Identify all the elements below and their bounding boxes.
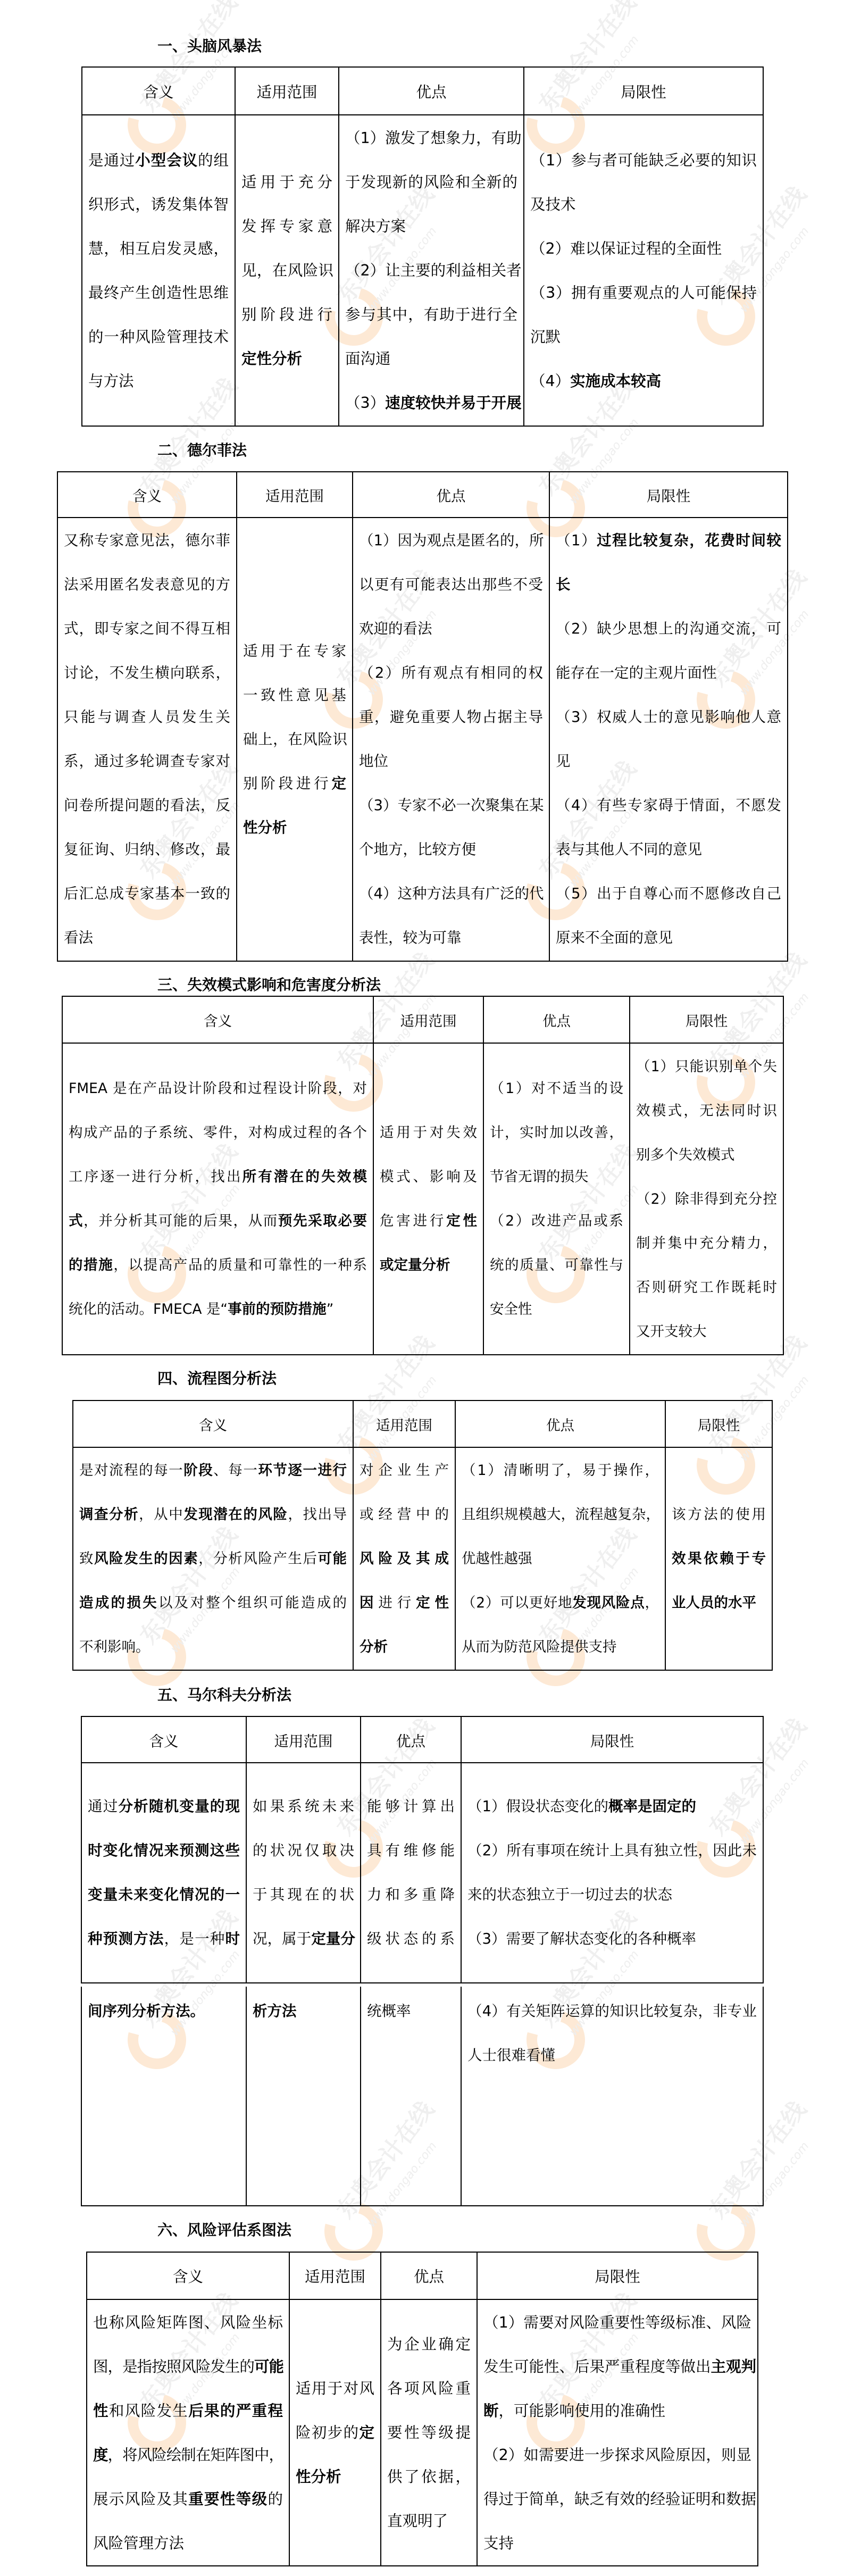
bold-text-segment: 因 — [360, 1595, 378, 1611]
text-segment: 致 — [79, 1550, 94, 1567]
text-line: 法采用匿名发表意见的方 — [64, 563, 230, 607]
text-line: （2）所有事项在统计上具有独立性，因此未 — [467, 1829, 757, 1873]
cell-scope: 对企业生产 或经营中的 风险及其成 因进行定性 分析 — [353, 1447, 455, 1670]
text-line: 度，将风险绘制在矩阵图中， — [93, 2433, 283, 2477]
text-segment: ，找出导 — [288, 1506, 347, 1523]
text-segment: 况，属于 — [253, 1930, 311, 1947]
bold-text-line: 业人员的水平 — [672, 1581, 766, 1625]
bold-text-segment: 可能 — [318, 1550, 347, 1567]
text-line: （2）除非得到充分控 — [636, 1177, 777, 1221]
table-row: FMEA 是在产品设计阶段和过程设计阶段，对 构成产品的子系统、零件，对构成过程… — [62, 1043, 783, 1355]
text-line: 及技术 — [530, 182, 757, 227]
bold-text-segment: 造成的损失 — [79, 1595, 158, 1611]
text-line: 适用于对失效 — [380, 1111, 477, 1155]
section-title: 六、风险评估系图法 — [157, 2220, 291, 2241]
text-segment: ，以提高产品的质量和可靠性的一种系 — [113, 1257, 367, 1273]
text-line: 讨论，不发生横向联系， — [64, 651, 230, 695]
header-advantages: 优点 — [455, 1400, 665, 1447]
header-scope: 适用范围 — [235, 67, 339, 115]
text-line: 模式、影响及 — [380, 1155, 477, 1199]
text-line: 于发现新的风险和全新的 — [345, 160, 517, 204]
header-advantages: 优点 — [361, 1716, 461, 1763]
bold-text-segment: 重要性等级 — [188, 2490, 268, 2508]
bold-text-segment: 定性 — [416, 1595, 449, 1611]
table-row: 是对流程的每一阶段、每一环节逐一进行 调查分析，从中发现潜在的风险，找出导 致风… — [73, 1447, 772, 1670]
header-limitations: 局限性 — [549, 472, 788, 518]
cell-advantages: 能够计算出 具有维修能 力和多重降 级状态的系 — [361, 1763, 461, 1983]
bold-text-segment: 事前的预防措施 — [228, 1301, 327, 1318]
text-line: 发生可能性、后果严重程度等做出主观判 — [483, 2345, 756, 2389]
bold-text-line: 性分析 — [243, 806, 346, 850]
text-line: 人士很难看懂 — [467, 2033, 757, 2078]
text-line: 后汇总成专家基本一致的 — [64, 872, 230, 916]
text-line: 级状态的系 — [367, 1917, 455, 1961]
text-line: 效模式，无法同时识 — [636, 1089, 777, 1133]
bold-text-segment: 后果的严重程 — [188, 2402, 283, 2420]
text-line: 见，在风险识 — [241, 248, 332, 293]
text-line: （3）权威人士的意见影响他人意 — [556, 695, 781, 739]
text-line: 因进行定性 — [360, 1581, 449, 1625]
text-line: 供了依据， — [387, 2455, 471, 2499]
text-line: 从而为防范风险提供支持 — [462, 1625, 659, 1669]
bold-text-segment: 调查分析 — [79, 1506, 139, 1523]
header-row: 含义 适用范围 优点 局限性 — [82, 67, 763, 115]
text-line: （2）让主要的利益相关者 — [345, 248, 522, 293]
text-line: 计，实时加以改善， — [490, 1111, 623, 1155]
header-limitations: 局限性 — [461, 1716, 763, 1763]
text-segment: 是通过 — [88, 152, 135, 169]
text-line: 性和风险发生后果的严重程 — [93, 2389, 283, 2433]
bold-text-segment: 所有潜在的失效模 — [243, 1169, 367, 1185]
method-table: 含义 适用范围 优点 局限性 又称专家意见法，德尔菲 法采用匿名发表意见的方 式… — [57, 471, 788, 962]
cell-meaning: 也称风险矩阵图、风险坐标 图，是指按照风险发生的可能 性和风险发生后果的严重程 … — [87, 2299, 289, 2566]
text-line: 式，并分析其可能的后果，从而预先采取必要 — [69, 1199, 367, 1243]
text-segment: 发生可能性、后果严重程度等做出 — [483, 2358, 711, 2375]
bold-text-segment: 度 — [93, 2446, 108, 2464]
text-line: （2）难以保证过程的全面性 — [530, 227, 757, 271]
text-line: 看法 — [64, 916, 230, 960]
cell-scope: 适用于充分 发挥专家意 见，在风险识 别阶段进行 定性分析 — [235, 115, 339, 426]
text-line: 复征询、归纳、修改，最 — [64, 828, 230, 872]
header-meaning: 含义 — [87, 2252, 289, 2299]
bold-text-segment: 性 — [93, 2402, 109, 2420]
text-line: 或经营中的 — [360, 1493, 449, 1537]
text-line: 危害进行定性 — [380, 1199, 477, 1243]
text-segment: （4） — [530, 372, 570, 390]
cell-advantages: （1）因为观点是匿名的，所 以更有可能表达出那些不受 欢迎的看法 （2）所有观点… — [353, 518, 549, 961]
header-row: 含义 适用范围 优点 局限性 — [62, 996, 783, 1043]
section-title: 三、失效模式影响和危害度分析法 — [157, 974, 381, 996]
text-line: 险初步的定 — [296, 2411, 374, 2455]
bold-text-segment: 小型会议 — [135, 152, 198, 169]
text-line: 解决方案 — [345, 204, 517, 248]
text-line: 能存在一定的主观片面性 — [556, 651, 781, 695]
header-advantages: 优点 — [381, 2252, 477, 2299]
header-scope: 适用范围 — [246, 1716, 361, 1763]
cell-meaning: 通过分析随机变量的现 时变化情况来预测这些 变量未来变化情况的一 种预测方法，是… — [81, 1763, 246, 1983]
text-line: 况，属于定量分 — [253, 1917, 354, 1961]
text-segment: 险初步的 — [296, 2424, 359, 2441]
bold-text-segment: 式 — [69, 1213, 83, 1229]
text-segment: （2）可以更好地 — [462, 1595, 572, 1611]
text-line: （1）清晰明了，易于操作， — [462, 1448, 659, 1493]
text-line: 又开支较大 — [636, 1310, 777, 1354]
text-line: 重，避免重要人物占据主导 — [359, 695, 543, 739]
text-line: 问卷所提问题的看法，反 — [64, 783, 230, 828]
text-segment: ，将风险绘制在矩阵图中， — [108, 2446, 283, 2464]
text-line: 图，是指按照风险发生的可能 — [93, 2345, 283, 2389]
text-line: 展示风险及其重要性等级的 — [93, 2477, 283, 2521]
header-limitations: 局限性 — [477, 2252, 758, 2299]
text-line: 于其现在的状 — [253, 1873, 354, 1917]
text-line: 与方法 — [88, 359, 229, 403]
cell-limitations: （1）过程比较复杂，花费时间较 长 （2）缺少思想上的沟通交流，可 能存在一定的… — [549, 518, 788, 961]
text-line: 要性等级提 — [387, 2411, 471, 2455]
text-segment: 统化的活动。FMECA 是“ — [69, 1301, 228, 1318]
table-row: 又称专家意见法，德尔菲 法采用匿名发表意见的方 式，即专家之间不得互相 讨论，不… — [57, 518, 788, 961]
text-line: 欢迎的看法 — [359, 607, 543, 651]
text-line: 表与其他人不同的意见 — [556, 828, 781, 872]
bold-text-segment: 发现潜在的风险 — [183, 1506, 288, 1523]
text-segment: ，是一种 — [164, 1930, 225, 1947]
header-advantages: 优点 — [339, 67, 524, 115]
bold-text-line: 定性分析 — [241, 337, 332, 381]
text-line: 又称专家意见法，德尔菲 — [64, 519, 230, 563]
section-title: 二、德尔菲法 — [157, 440, 247, 461]
header-limitations: 局限性 — [630, 996, 783, 1043]
cell-advantages: 统概率 — [361, 1987, 461, 2206]
text-line: 参与其中，有助于进行全 — [345, 293, 517, 337]
text-line: 构成产品的子系统、零件，对构成过程的各个 — [69, 1111, 367, 1155]
text-line: 节省无谓的损失 — [490, 1155, 623, 1199]
text-line: 否则研究工作既耗时 — [636, 1265, 777, 1310]
text-line: 也称风险矩阵图、风险坐标 — [93, 2300, 283, 2345]
method-table: 含义 适用范围 优点 局限性 是通过小型会议的组 织形式，诱发集体智 慧，相互启… — [81, 66, 764, 427]
text-line: 适用于在专家 — [243, 629, 346, 673]
text-line: 别阶段进行定 — [243, 762, 346, 806]
text-line: 致风险发生的因素，分析风险产生后可能 — [79, 1537, 347, 1581]
text-line: （1）因为观点是匿名的，所 — [359, 519, 544, 563]
bold-text-segment: 定 — [332, 775, 347, 792]
text-line: （4）有关矩阵运算的知识比较复杂，非专业 — [467, 1989, 757, 2033]
text-line: 工序逐一进行分析，找出所有潜在的失效模 — [69, 1155, 367, 1199]
text-line: （3）拥有重要观点的人可能保持 — [530, 271, 757, 315]
text-segment: （3） — [345, 394, 385, 412]
text-line: 织形式，诱发集体智 — [88, 182, 229, 227]
bold-text-segment: 分析随机变量的现 — [118, 1798, 240, 1815]
text-line: 来的状态独立于一切过去的状态 — [467, 1873, 757, 1917]
text-line: 别阶段进行 — [241, 293, 332, 337]
cell-meaning: 间序列分析方法。 — [81, 1987, 246, 2206]
text-line: 适用于对风 — [296, 2366, 374, 2411]
text-line: 支持 — [483, 2521, 751, 2565]
bold-text-segment: 环节逐一进行 — [258, 1462, 347, 1479]
header-advantages: 优点 — [353, 472, 549, 518]
cell-advantages: （1）清晰明了，易于操作， 且组织规模越大，流程越复杂， 优越性越强 （2）可以… — [455, 1447, 665, 1670]
bold-text-segment: 速度较快并易于开展 — [385, 394, 522, 412]
method-table: 含义 适用范围 优点 局限性 FMEA 是在产品设计阶段和过程设计阶段，对 构成… — [62, 996, 784, 1355]
cell-advantages: （1）激发了想象力，有助 于发现新的风险和全新的 解决方案 （2）让主要的利益相… — [339, 115, 524, 426]
bold-text-segment: 种预测方法 — [88, 1930, 164, 1947]
text-line: （1）需要对风险重要性等级标准、风险 — [483, 2300, 751, 2345]
header-meaning: 含义 — [62, 996, 373, 1043]
text-line: （4）有些专家碍于情面，不愿发 — [556, 783, 781, 828]
cell-scope: 适用于在专家 一致性意见基 础上，在风险识 别阶段进行定 性分析 — [237, 518, 353, 961]
bold-text-line: 间序列分析方法。 — [88, 1989, 240, 2033]
header-limitations: 局限性 — [665, 1400, 772, 1447]
text-segment: 的组 — [198, 152, 229, 169]
bold-text-line: 变量未来变化情况的一 — [88, 1873, 240, 1917]
text-line: 具有维修能 — [367, 1829, 455, 1873]
text-segment: 的 — [268, 2490, 283, 2508]
text-line: 地位 — [359, 739, 543, 783]
bold-text-segment: 实施成本较高 — [570, 372, 661, 390]
text-line: （2）如需要进一步探求风险原因，则显 — [483, 2433, 751, 2477]
text-line: 慧，相互启发灵感， — [88, 227, 229, 271]
header-scope: 适用范围 — [237, 472, 353, 518]
section-title: 一、头脑风暴法 — [157, 36, 262, 57]
bold-text-line: 风险及其成 — [360, 1537, 449, 1581]
text-line: 安全性 — [490, 1287, 623, 1331]
bold-text-segment: 过程比较复杂，花费时间较 — [597, 532, 781, 549]
text-line: 统的质量、可靠性与 — [490, 1243, 623, 1287]
bold-text-segment: 可能 — [254, 2358, 283, 2375]
cell-limitations: 该方法的使用 效果依赖于专 业人员的水平 — [665, 1447, 772, 1670]
bold-text-line: 或定量分析 — [380, 1243, 477, 1287]
text-segment: 以及对整个组织可能造成的 — [158, 1595, 347, 1611]
text-segment: 和风险发生 — [109, 2402, 188, 2420]
text-segment: 通过 — [88, 1798, 118, 1815]
section-title: 四、流程图分析法 — [157, 1368, 277, 1389]
header-limitations: 局限性 — [524, 67, 763, 115]
text-segment: ，并分析其可能的后果，从而 — [83, 1213, 278, 1229]
bold-text-line: 效果依赖于专 — [672, 1537, 766, 1581]
text-segment: 是对流程的每一 — [79, 1462, 183, 1479]
text-line: 础上，在风险识 — [243, 718, 346, 762]
cell-meaning: FMEA 是在产品设计阶段和过程设计阶段，对 构成产品的子系统、零件，对构成过程… — [62, 1043, 373, 1355]
header-scope: 适用范围 — [289, 2252, 381, 2299]
bold-text-line: 时变化情况来预测这些 — [88, 1829, 240, 1873]
text-segment: 展示风险及其 — [93, 2490, 188, 2508]
bold-text-segment: 预先采取必要 — [278, 1213, 367, 1229]
text-line: （1）激发了想象力，有助 — [345, 116, 522, 160]
text-segment: 图，是指按照风险发生的 — [93, 2358, 254, 2375]
text-line: 只能与调查人员发生关 — [64, 695, 230, 739]
text-line: 调查分析，从中发现潜在的风险，找出导 — [79, 1493, 347, 1537]
header-meaning: 含义 — [73, 1400, 353, 1447]
text-line: 得过于简单，缺乏有效的经验证明和数据 — [483, 2477, 756, 2521]
text-line: （4）这种方法具有广泛的代 — [359, 872, 544, 916]
text-line: 的状况仅取决 — [253, 1829, 354, 1873]
header-meaning: 含义 — [81, 1716, 246, 1763]
text-line: 最终产生创造性思维 — [88, 271, 229, 315]
bold-text-segment: 时 — [225, 1930, 240, 1947]
cell-meaning: 是通过小型会议的组 织形式，诱发集体智 慧，相互启发灵感， 最终产生创造性思维 … — [82, 115, 235, 426]
text-line: 直观明了 — [387, 2499, 471, 2543]
header-meaning: 含义 — [57, 472, 237, 518]
bold-text-segment: 阶段 — [183, 1462, 213, 1479]
text-line: 统概率 — [367, 1989, 455, 2033]
method-table: 含义 适用范围 优点 局限性 通过分析随机变量的现 时变化情况来预测这些 变量未… — [81, 1716, 764, 1983]
text-line: 断，可能影响使用的准确性 — [483, 2389, 751, 2433]
cell-advantages: （1）对不适当的设 计，实时加以改善， 节省无谓的损失 （2）改进产品或系 统的… — [483, 1043, 630, 1355]
text-line: 不利影响。 — [79, 1625, 347, 1669]
text-line: 种预测方法，是一种时 — [88, 1917, 240, 1961]
table-row: 也称风险矩阵图、风险坐标 图，是指按照风险发生的可能 性和风险发生后果的严重程 … — [87, 2299, 758, 2566]
text-line: （3）速度较快并易于开展 — [345, 381, 522, 425]
bold-text-segment: 主观判 — [711, 2358, 757, 2375]
text-line: （2）缺少思想上的沟通交流，可 — [556, 607, 781, 651]
cell-meaning: 是对流程的每一阶段、每一环节逐一进行 调查分析，从中发现潜在的风险，找出导 致风… — [73, 1447, 353, 1670]
text-line: 见 — [556, 739, 781, 783]
text-line: 优越性越强 — [462, 1537, 659, 1581]
text-line: （4）实施成本较高 — [530, 359, 757, 403]
text-line: 该方法的使用 — [672, 1493, 766, 1537]
cell-limitations: （1）假设状态变化的概率是固定的 （2）所有事项在统计上具有独立性，因此未 来的… — [461, 1763, 763, 1983]
text-segment: ” — [327, 1301, 334, 1318]
header-meaning: 含义 — [82, 67, 235, 115]
text-line: 各项风险重 — [387, 2366, 471, 2411]
method-table: 含义 适用范围 优点 局限性 是对流程的每一阶段、每一环节逐一进行 调查分析，从… — [72, 1400, 773, 1671]
cell-scope: 适用于对风 险初步的定 性分析 — [289, 2299, 381, 2566]
section-title: 五、马尔科夫分析法 — [157, 1685, 291, 1706]
text-line: （1）参与者可能缺乏必要的知识 — [530, 138, 757, 182]
text-line: （2）可以更好地发现风险点， — [462, 1581, 659, 1625]
text-line: （5）出于自尊心而不愿修改自己 — [556, 872, 781, 916]
bold-text-segment: 定 — [359, 2424, 374, 2441]
text-segment: （1）假设状态变化的 — [467, 1798, 608, 1815]
text-line: 系，通过多轮调查专家对 — [64, 739, 230, 783]
cell-limitations: （1）只能识别单个失 效模式，无法同时识 别多个失效模式 （2）除非得到充分控 … — [630, 1043, 783, 1355]
text-segment: 进行 — [378, 1595, 416, 1611]
text-segment: 危害进行 — [380, 1213, 446, 1229]
cell-advantages: 为企业确定 各项风险重 要性等级提 供了依据， 直观明了 — [381, 2299, 477, 2566]
text-line: 为企业确定 — [387, 2322, 471, 2366]
bold-text-line: 性分析 — [296, 2455, 374, 2499]
text-line: （1）对不适当的设 — [490, 1066, 623, 1111]
text-line: 造成的损失以及对整个组织可能造成的 — [79, 1581, 347, 1625]
header-scope: 适用范围 — [373, 996, 483, 1043]
cell-meaning: 又称专家意见法，德尔菲 法采用匿名发表意见的方 式，即专家之间不得互相 讨论，不… — [57, 518, 237, 961]
text-line: 别多个失效模式 — [636, 1133, 777, 1177]
text-line: 式，即专家之间不得互相 — [64, 607, 230, 651]
header-row: 含义 适用范围 优点 局限性 — [81, 1716, 763, 1763]
text-line: 的措施，以提高产品的质量和可靠性的一种系 — [69, 1243, 367, 1287]
text-line: 风险管理方法 — [93, 2521, 283, 2565]
bold-text-line: 长 — [556, 563, 781, 607]
text-line: （3）专家不必一次聚集在某 — [359, 783, 544, 828]
text-line: （2）改进产品或系 — [490, 1199, 623, 1243]
method-table-continuation: 间序列分析方法。 析方法 统概率 （4）有关矩阵运算的知识比较复杂，非专业 人士… — [81, 1987, 764, 2206]
cell-limitations: （1）需要对风险重要性等级标准、风险 发生可能性、后果严重程度等做出主观判 断，… — [477, 2299, 758, 2566]
text-line: （3）需要了解状态变化的各种概率 — [467, 1917, 757, 1961]
text-line: 的一种风险管理技术 — [88, 315, 229, 359]
text-segment: ，可能影响使用的准确性 — [499, 2402, 666, 2420]
text-segment: ，分析风险产生后 — [198, 1550, 317, 1567]
text-line: 通过分析随机变量的现 — [88, 1785, 240, 1829]
text-line: 且组织规模越大，流程越复杂， — [462, 1493, 659, 1537]
text-line: 发挥专家意 — [241, 204, 332, 248]
text-line: 面沟通 — [345, 337, 517, 381]
text-line: 统化的活动。FMECA 是“事前的预防措施” — [69, 1287, 367, 1331]
header-row: 含义 适用范围 优点 局限性 — [87, 2252, 758, 2299]
bold-text-segment: 发现风险点 — [572, 1595, 645, 1611]
header-row: 含义 适用范围 优点 局限性 — [73, 1400, 772, 1447]
cell-limitations: （4）有关矩阵运算的知识比较复杂，非专业 人士很难看懂 — [461, 1987, 763, 2206]
bold-text-segment: 概率是固定的 — [608, 1798, 696, 1815]
cell-scope: 适用于对失效 模式、影响及 危害进行定性 或定量分析 — [373, 1043, 483, 1355]
text-line: 能够计算出 — [367, 1785, 455, 1829]
text-line: 以更有可能表达出那些不受 — [359, 563, 543, 607]
text-line: 力和多重降 — [367, 1873, 455, 1917]
table-row: 间序列分析方法。 析方法 统概率 （4）有关矩阵运算的知识比较复杂，非专业 人士… — [81, 1987, 763, 2206]
text-line: 如果系统未来 — [253, 1785, 354, 1829]
table-row: 是通过小型会议的组 织形式，诱发集体智 慧，相互启发灵感， 最终产生创造性思维 … — [82, 115, 763, 426]
text-segment: ，从中 — [139, 1506, 183, 1523]
text-line: FMEA 是在产品设计阶段和过程设计阶段，对 — [69, 1066, 367, 1111]
text-line: 是对流程的每一阶段、每一环节逐一进行 — [79, 1448, 347, 1493]
text-segment: ， — [645, 1595, 659, 1611]
text-line: 是通过小型会议的组 — [88, 138, 229, 182]
text-segment: 、每一 — [213, 1462, 258, 1479]
text-line: 适用于充分 — [241, 160, 332, 204]
header-advantages: 优点 — [483, 996, 630, 1043]
bold-text-segment: 定量分 — [311, 1930, 354, 1947]
cell-limitations: （1）参与者可能缺乏必要的知识 及技术 （2）难以保证过程的全面性 （3）拥有重… — [524, 115, 763, 426]
cell-scope: 析方法 — [246, 1987, 361, 2206]
cell-scope: 如果系统未来 的状况仅取决 于其现在的状 况，属于定量分 — [246, 1763, 361, 1983]
text-line: （1）只能识别单个失 — [636, 1045, 777, 1089]
table-row: 通过分析随机变量的现 时变化情况来预测这些 变量未来变化情况的一 种预测方法，是… — [81, 1763, 763, 1983]
text-segment: 别阶段进行 — [243, 775, 332, 792]
text-line: 原来不全面的意见 — [556, 916, 781, 960]
bold-text-line: 析方法 — [253, 1989, 354, 2033]
text-line: （1）过程比较复杂，花费时间较 — [556, 519, 781, 563]
bold-text-line: 分析 — [360, 1625, 449, 1669]
text-line: 制并集中充分精力， — [636, 1221, 777, 1265]
text-line: （1）假设状态变化的概率是固定的 — [467, 1785, 757, 1829]
bold-text-segment: 定性 — [446, 1213, 477, 1229]
text-line: 沉默 — [530, 315, 757, 359]
bold-text-segment: 风险发生的因素 — [94, 1550, 198, 1567]
header-row: 含义 适用范围 优点 局限性 — [57, 472, 788, 518]
text-line: 表性，较为可靠 — [359, 916, 543, 960]
text-line: （2）所有观点有相同的权 — [359, 651, 543, 695]
text-line: 一致性意见基 — [243, 673, 346, 718]
text-segment: （1） — [556, 532, 597, 549]
text-line: 对企业生产 — [360, 1448, 449, 1493]
bold-text-segment: 的措施 — [69, 1257, 113, 1273]
text-segment: 工序逐一进行分析，找出 — [69, 1169, 243, 1185]
bold-text-segment: 断 — [483, 2402, 499, 2420]
text-line: 个地方，比较方便 — [359, 828, 543, 872]
method-table: 含义 适用范围 优点 局限性 也称风险矩阵图、风险坐标 图，是指按照风险发生的可… — [86, 2252, 758, 2566]
header-scope: 适用范围 — [353, 1400, 455, 1447]
